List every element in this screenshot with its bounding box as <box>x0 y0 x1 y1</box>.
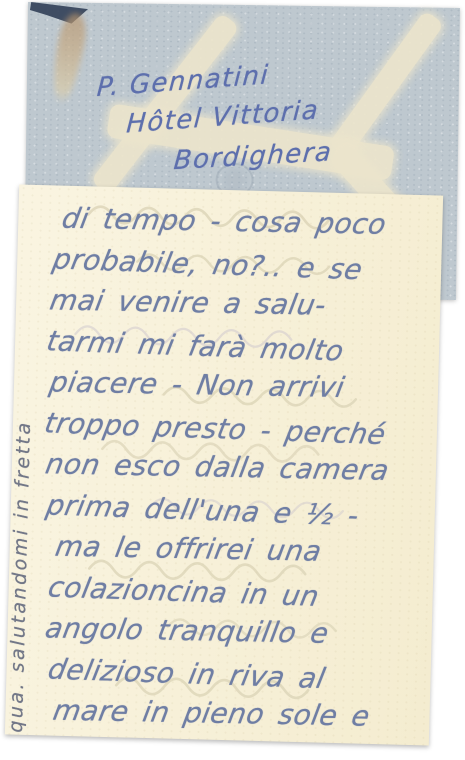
brown-stain <box>47 11 90 106</box>
envelope-flap-band-right <box>328 10 444 158</box>
letter-sheet: qua. salutandomi in fretta di tempo - co… <box>5 185 443 746</box>
letter-photo: P. Gennatini Hôtel Vittoria Bordighera q… <box>0 0 465 760</box>
letter-line: non esco dalla camera <box>42 443 432 491</box>
letter-line: angolo tranquillo e <box>42 607 428 655</box>
letter-line: di tempo - cosa poco <box>59 198 439 246</box>
letter-line: mare in pieno sole e <box>50 690 426 738</box>
address-line-name: P. Gennatini <box>96 60 270 103</box>
letter-line: ma le offrirei una <box>52 526 430 574</box>
letter-line: piacere - Non arrivi <box>46 362 434 410</box>
letter-body: di tempo - cosa poco probabile, no?.. e … <box>5 185 443 741</box>
letter-line: mai venire a salu- <box>47 279 437 327</box>
